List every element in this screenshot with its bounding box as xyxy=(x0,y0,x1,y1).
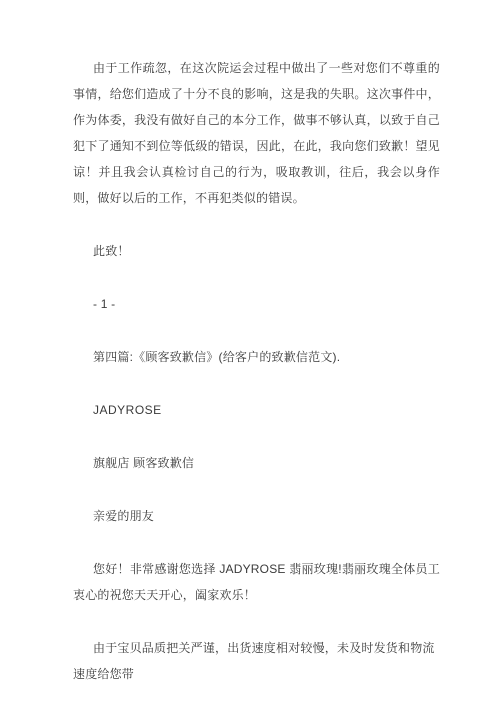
shipping-note-paragraph: 由于宝贝品质把关严谨，出货速度相对较慢，未及时发货和物流速度给您带 xyxy=(73,635,440,687)
greeting-line: 亲爱的朋友 xyxy=(73,503,440,529)
apology-body-paragraph: 由于工作疏忽，在这次院运会过程中做出了一些对您们不尊重的事情，给您们造成了十分不… xyxy=(73,55,440,211)
section-heading: 第四篇:《顾客致歉信》(给客户的致歉信范文). xyxy=(73,344,440,370)
store-title: 旗舰店 顾客致歉信 xyxy=(73,450,440,476)
document-page: 由于工作疏忽，在这次院运会过程中做出了一些对您们不尊重的事情，给您们造成了十分不… xyxy=(0,0,500,707)
brand-name: JADYROSE xyxy=(73,397,440,423)
thanks-paragraph: 您好！非常感谢您选择 JADYROSE 翡丽玫瑰!翡丽玫瑰全体员工衷心的祝您天天… xyxy=(73,556,440,608)
page-number: - 1 - xyxy=(73,291,440,317)
closing-salute: 此致！ xyxy=(73,238,440,264)
